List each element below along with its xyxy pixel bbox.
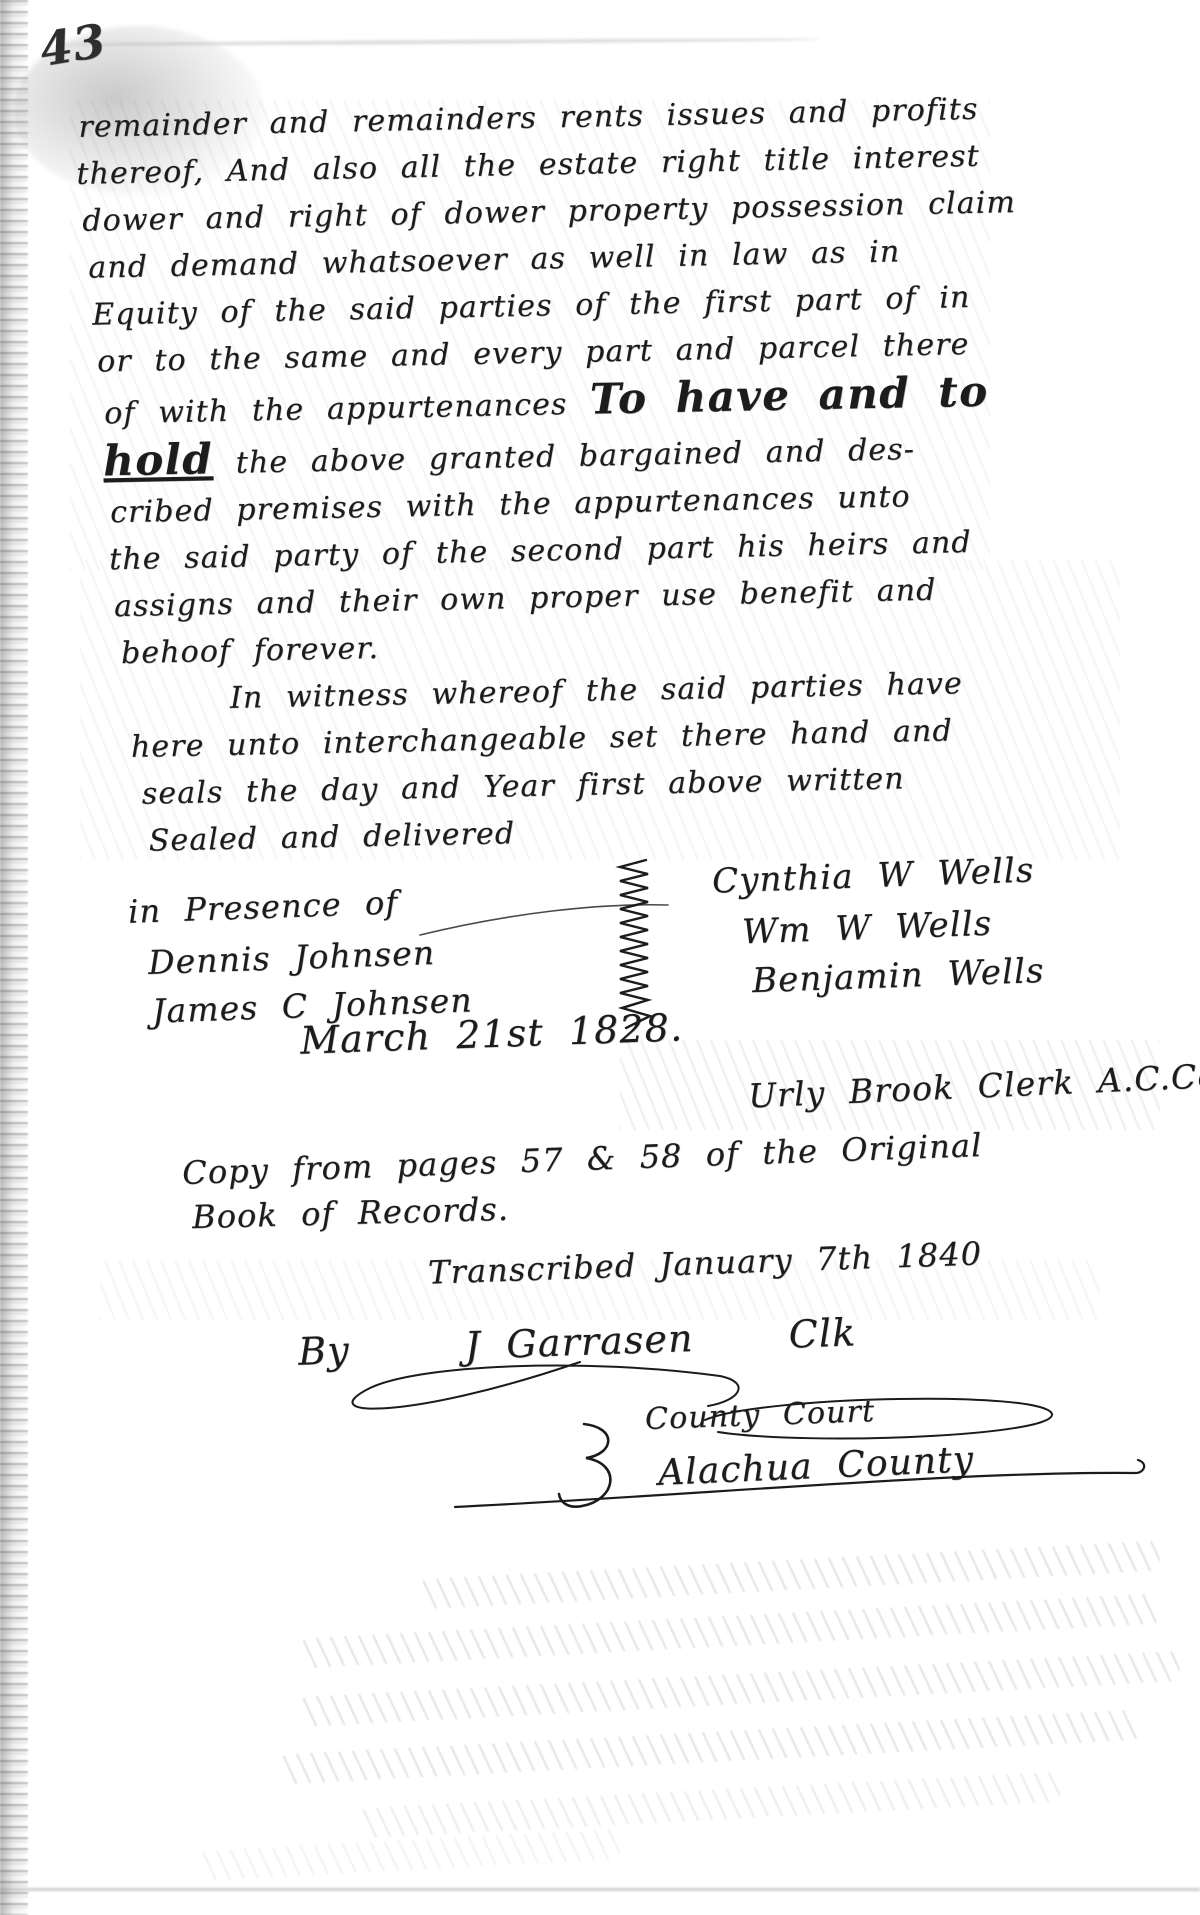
scanned-deed-page: 43 remainder and remainders rents issues…	[0, 0, 1200, 1915]
county-line: Alachua County	[657, 1439, 975, 1494]
scan-bottom-line	[0, 1888, 1200, 1891]
scan-edge-left	[0, 0, 28, 1915]
bleed-through-row	[300, 1651, 1180, 1727]
by-line: By J Garrasen Clk	[297, 1310, 857, 1373]
brace-icon	[552, 1418, 622, 1513]
signatory-signature: Cynthia W Wells	[711, 850, 1035, 901]
body-line-text: of with the appurtenances	[104, 387, 568, 431]
signatory-signature: Wm W Wells	[741, 904, 992, 953]
copy-note-line: Book of Records.	[192, 1190, 510, 1236]
bleed-through-row	[360, 1772, 1061, 1839]
body-line-text: the above granted bargained and des-	[235, 432, 915, 481]
presence-line: in Presence of	[127, 883, 398, 930]
clerk-signature: J Garrasen	[464, 1316, 694, 1368]
copy-note-line: Copy from pages 57 & 58 of the Original	[182, 1126, 983, 1192]
bleed-through-row	[420, 1541, 1161, 1610]
bleed-through-row	[300, 1594, 1160, 1669]
bleed-through-row	[200, 1829, 621, 1881]
clerk-title: Clk	[788, 1310, 857, 1356]
court-line: County Court	[644, 1394, 875, 1437]
hold-word: hold	[103, 434, 214, 485]
page-number: 43	[36, 13, 110, 77]
deed-body-text: remainder and remainders rents issues an…	[70, 85, 1045, 866]
habendum-phrase: To have and to	[589, 367, 989, 424]
clerk-attestation: Urly Brook Clerk A.C.Co,	[747, 1056, 1200, 1116]
presence-flourish	[400, 895, 680, 945]
by-label: By	[297, 1328, 350, 1374]
transcribed-line: Transcribed January 7th 1840	[428, 1234, 983, 1291]
witness-signature: Dennis Johnsen	[147, 933, 435, 982]
bleed-through-row	[280, 1710, 1140, 1785]
signatory-signature: Benjamin Wells	[751, 951, 1045, 1001]
